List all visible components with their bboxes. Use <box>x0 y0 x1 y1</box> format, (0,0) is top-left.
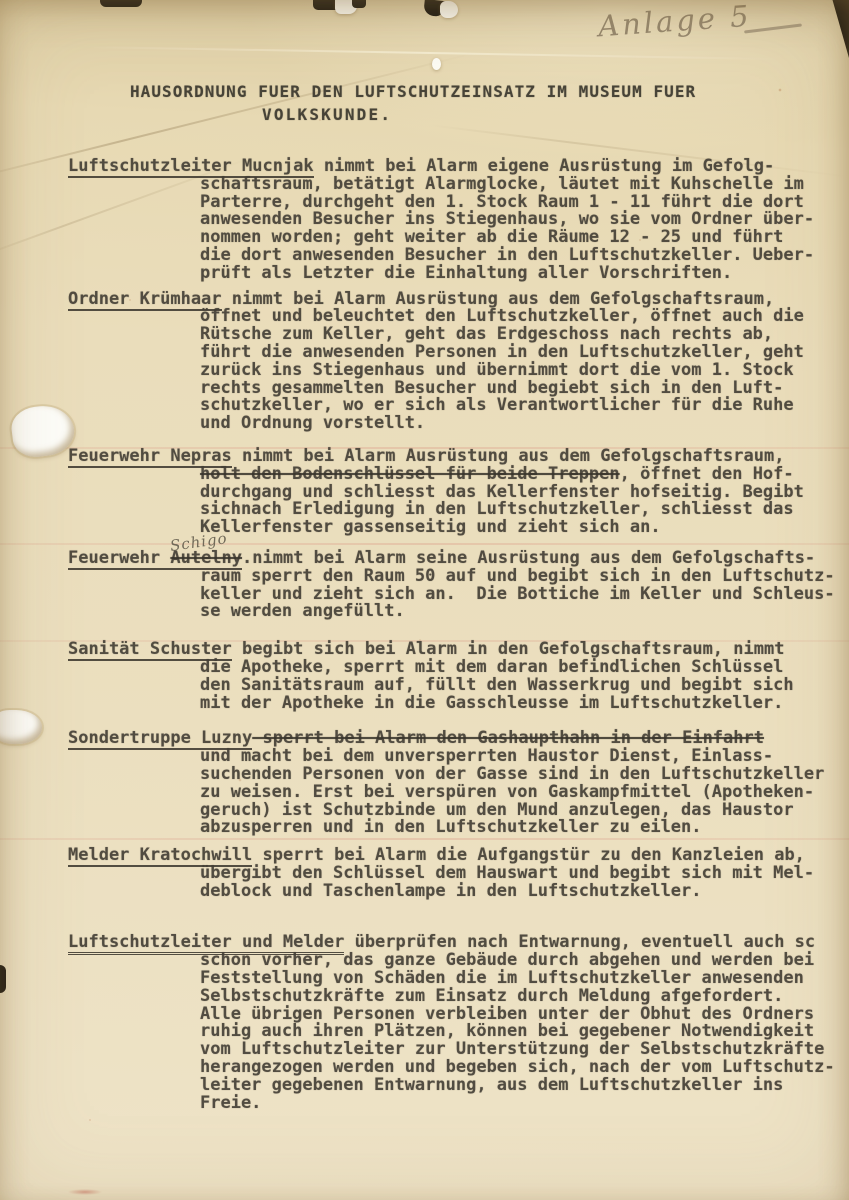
red-smudge <box>62 1188 108 1196</box>
paragraph-melder-kratochwill: Melder Kratochwill sperrt bei Alarm die … <box>68 847 840 900</box>
paragraph-luftschutzleiter-mucnjak: Luftschutzleiter Mucnjak nimmt bei Alarm… <box>68 158 840 283</box>
torn-edge-mark <box>352 0 366 8</box>
tear-hole <box>9 402 77 459</box>
paragraph-text: sperrt bei Alarm die Aufgangstür zu den … <box>200 845 814 901</box>
role-label-underlined: Feuerwehr <box>68 548 170 570</box>
document-page: Anlage 5 HAUSORDNUNG FUER DEN LUFTSCHUTZ… <box>0 0 849 1200</box>
paragraph-feuerwehr-nepras: Feuerwehr Nepras nimmt bei Alarm Ausrüst… <box>68 448 840 537</box>
paragraph-text: nimmt bei Alarm Ausrüstung aus dem Gefol… <box>200 289 804 434</box>
torn-edge-white-patch <box>432 58 441 70</box>
paragraph-text: begibt sich bei Alarm in den Gefolgschaf… <box>200 639 794 712</box>
paragraph-ordner-kruemhaar: Ordner Krümhaar nimmt bei Alarm Ausrüstu… <box>68 291 840 433</box>
paragraph-sondertruppe-luzny: Sondertruppe Luzny sperrt bei Alarm den … <box>68 730 840 837</box>
paragraph-text: überprüfen nach Entwarnung, eventuell au… <box>200 932 835 1112</box>
paragraph-text: .nimmt bei Alarm seine Ausrüstung aus de… <box>200 548 835 621</box>
left-edge-notch <box>0 965 6 993</box>
paragraph-text: nimmt bei Alarm eigene Ausrüstung im Gef… <box>200 156 814 283</box>
paragraph-sanitaet-schuster: Sanität Schuster begibt sich bei Alarm i… <box>68 641 840 712</box>
tear-hole <box>0 710 42 744</box>
paragraph-feuerwehr-autelny: SchigoFeuerwehr Autelny.nimmt bei Alarm … <box>68 550 840 621</box>
paragraph-text: und macht bei dem unversperrten Haustor … <box>200 746 824 837</box>
torn-edge-white-patch <box>440 1 458 18</box>
role-name-underlined: Ordner Krümhaar <box>68 289 222 311</box>
torn-edge-mark <box>100 0 142 7</box>
paragraph-luftschutzleiter-und-melder: Luftschutzleiter und Melder überprüfen n… <box>68 934 840 1112</box>
document-body: Luftschutzleiter Mucnjak nimmt bei Alarm… <box>68 0 840 1112</box>
